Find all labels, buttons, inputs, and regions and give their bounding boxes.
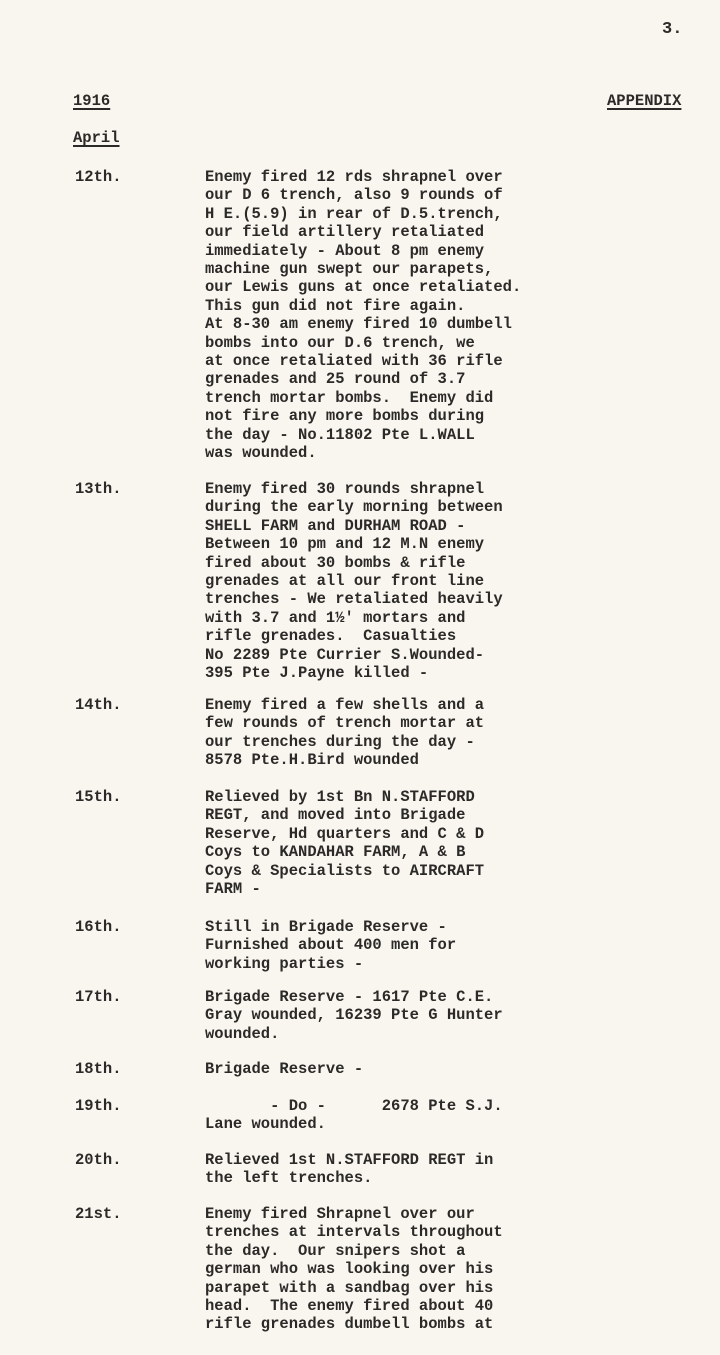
entry-text: Relieved 1st N.STAFFORD REGT in the left… xyxy=(205,1151,493,1188)
entry-date: 12th. xyxy=(75,168,122,186)
page-number: 3. xyxy=(662,20,682,39)
entry-text: Relieved by 1st Bn N.STAFFORD REGT, and … xyxy=(205,788,484,898)
entry-date: 15th. xyxy=(75,788,122,806)
entry-text: Still in Brigade Reserve - Furnished abo… xyxy=(205,918,456,973)
month-heading: April xyxy=(73,129,120,147)
year-heading: 1916 xyxy=(73,92,110,110)
entry-date: 20th. xyxy=(75,1151,122,1169)
entry-date: 18th. xyxy=(75,1060,122,1078)
entry-text: Brigade Reserve - 1617 Pte C.E. Gray wou… xyxy=(205,988,503,1043)
entry-date: 17th. xyxy=(75,988,122,1006)
entry-date: 14th. xyxy=(75,696,122,714)
entry-date: 19th. xyxy=(75,1097,122,1115)
entry-date: 21st. xyxy=(75,1205,122,1223)
appendix-heading: APPENDIX xyxy=(607,92,681,110)
entry-text: Enemy fired 12 rds shrapnel over our D 6… xyxy=(205,168,521,463)
entry-text: Enemy fired Shrapnel over our trenches a… xyxy=(205,1205,503,1334)
entry-text: Enemy fired 30 rounds shrapnel during th… xyxy=(205,480,503,682)
entry-date: 13th. xyxy=(75,480,122,498)
entry-text: Enemy fired a few shells and a few round… xyxy=(205,696,484,770)
entry-date: 16th. xyxy=(75,918,122,936)
entry-text: Brigade Reserve - xyxy=(205,1060,363,1078)
entry-text: - Do - 2678 Pte S.J. Lane wounded. xyxy=(205,1097,503,1134)
